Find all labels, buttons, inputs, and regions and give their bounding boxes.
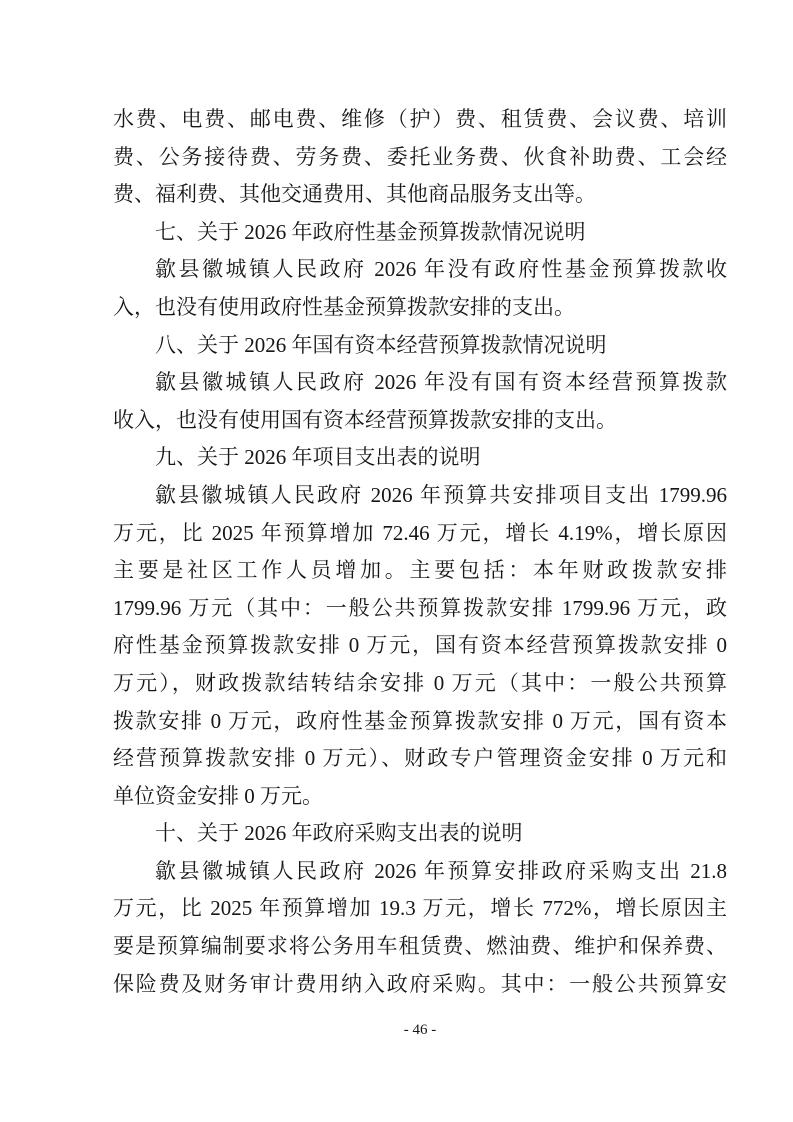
document-page: 水费、电费、邮电费、维修（护）费、租赁费、会议费、培训费、公务接待费、劳务费、委… xyxy=(0,0,793,1122)
text-line: 万元），财政拨款结转结余安排 0 万元（其中：一般公共预算 xyxy=(113,665,727,703)
text-line: 歙县徽城镇人民政府 2026 年没有政府性基金预算拨款收 xyxy=(113,251,727,289)
text-line: 歙县徽城镇人民政府 2026 年预算安排政府采购支出 21.8 xyxy=(113,853,727,891)
text-line: 保险费及财务审计费用纳入政府采购。其中：一般公共预算安 xyxy=(113,966,727,1004)
text-line: 经营预算拨款安排 0 万元）、财政专户管理资金安排 0 万元和 xyxy=(113,740,727,778)
text-line: 万元，比 2025 年预算增加 72.46 万元，增长 4.19%，增长原因 xyxy=(113,515,727,553)
text-line: 府性基金预算拨款安排 0 万元，国有资本经营预算拨款安排 0 xyxy=(113,627,727,665)
text-line: 歙县徽城镇人民政府 2026 年预算共安排项目支出 1799.96 xyxy=(113,477,727,515)
document-body: 水费、电费、邮电费、维修（护）费、租赁费、会议费、培训费、公务接待费、劳务费、委… xyxy=(113,101,727,1003)
text-line: 歙县徽城镇人民政府 2026 年没有国有资本经营预算拨款 xyxy=(113,364,727,402)
section-heading-line: 七、关于 2026 年政府性基金预算拨款情况说明 xyxy=(113,214,727,252)
section-heading-line: 十、关于 2026 年政府采购支出表的说明 xyxy=(113,815,727,853)
text-line: 入，也没有使用政府性基金预算拨款安排的支出。 xyxy=(113,289,727,327)
text-line: 水费、电费、邮电费、维修（护）费、租赁费、会议费、培训 xyxy=(113,101,727,139)
text-line: 费、福利费、其他交通费用、其他商品服务支出等。 xyxy=(113,176,727,214)
section-heading-line: 八、关于 2026 年国有资本经营预算拨款情况说明 xyxy=(113,327,727,365)
text-line: 1799.96 万元（其中：一般公共预算拨款安排 1799.96 万元，政 xyxy=(113,590,727,628)
text-line: 单位资金安排 0 万元。 xyxy=(113,778,727,816)
text-line: 收入，也没有使用国有资本经营预算拨款安排的支出。 xyxy=(113,402,727,440)
section-heading-line: 九、关于 2026 年项目支出表的说明 xyxy=(113,439,727,477)
text-line: 主要是社区工作人员增加。主要包括：本年财政拨款安排 xyxy=(113,552,727,590)
text-line: 拨款安排 0 万元，政府性基金预算拨款安排 0 万元，国有资本 xyxy=(113,703,727,741)
text-line: 万元，比 2025 年预算增加 19.3 万元，增长 772%，增长原因主 xyxy=(113,890,727,928)
page-number: - 46 - xyxy=(113,1022,727,1039)
text-line: 费、公务接待费、劳务费、委托业务费、伙食补助费、工会经 xyxy=(113,139,727,177)
text-line: 要是预算编制要求将公务用车租赁费、燃油费、维护和保养费、 xyxy=(113,928,727,966)
